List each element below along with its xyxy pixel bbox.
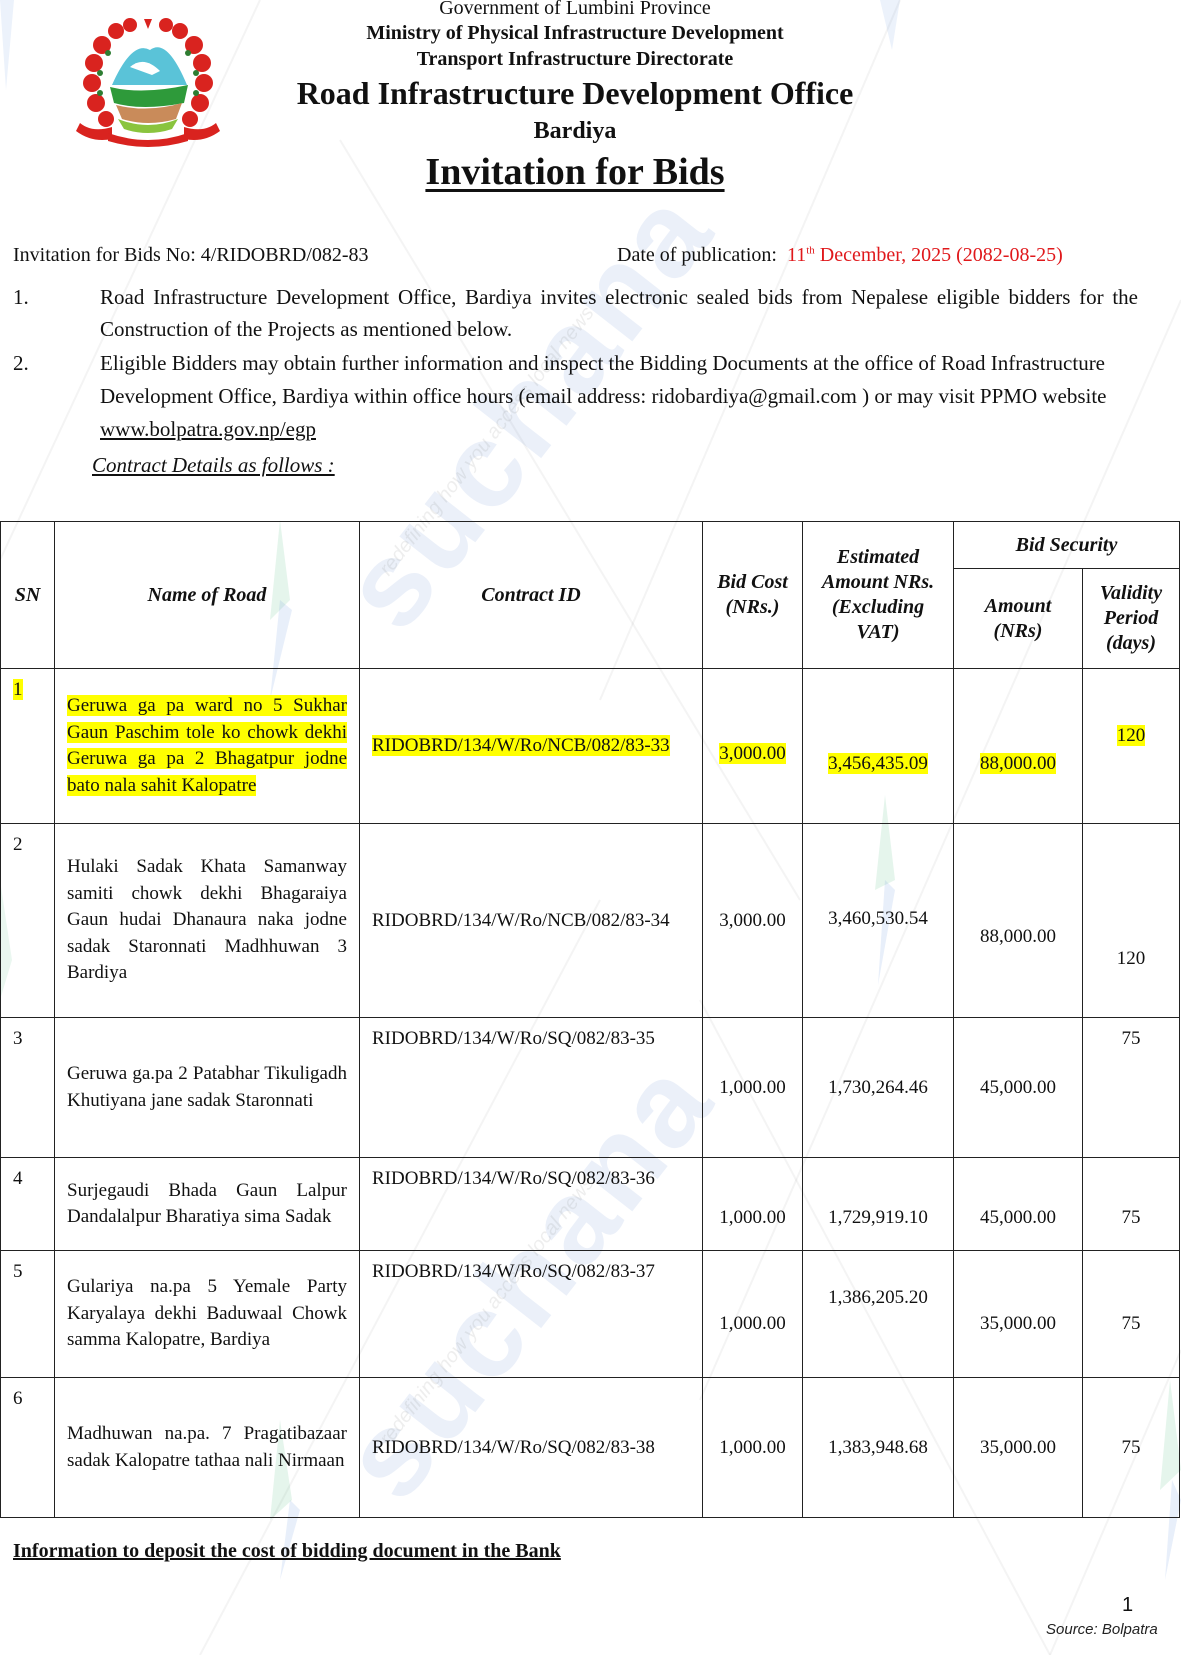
cell-bid-cost: 1,000.00: [703, 1251, 803, 1378]
contract-details-heading: Contract Details as follows :: [92, 453, 335, 478]
header-security-amount: Amount (NRs): [954, 569, 1083, 669]
government-name: Government of Lumbini Province: [0, 0, 1150, 20]
cell-security-amount-text: 45,000.00: [980, 1077, 1056, 1098]
office-name: Road Infrastructure Development Office: [0, 75, 1150, 112]
table-row: 2Hulaki Sadak Khata Samanway samiti chow…: [1, 824, 1180, 1018]
header-bid-cost: Bid Cost (NRs.): [703, 522, 803, 669]
cell-estimated-amount: 1,730,264.46: [803, 1018, 954, 1158]
header-contract-id: Contract ID: [360, 522, 703, 669]
date-day: 11: [787, 244, 806, 266]
table-row: 5Gulariya na.pa 5 Yemale Party Karyalaya…: [1, 1251, 1180, 1378]
cell-bid-cost-text: 3,000.00: [719, 910, 786, 931]
cell-security-amount: 45,000.00: [954, 1018, 1083, 1158]
cell-contract-id: RIDOBRD/134/W/Ro/SQ/082/83-35: [360, 1018, 703, 1158]
cell-contract-id: RIDOBRD/134/W/Ro/SQ/082/83-38: [360, 1378, 703, 1518]
source-credit: Source: Bolpatra: [1046, 1621, 1158, 1638]
cell-contract-id: RIDOBRD/134/W/Ro/NCB/082/83-33: [360, 669, 703, 824]
cell-security-amount: 88,000.00: [954, 824, 1083, 1018]
cell-contract-id: RIDOBRD/134/W/Ro/NCB/082/83-34: [360, 824, 703, 1018]
cell-contract-id: RIDOBRD/134/W/Ro/SQ/082/83-37: [360, 1251, 703, 1378]
cell-contract-id-text: RIDOBRD/134/W/Ro/SQ/082/83-35: [372, 1028, 655, 1049]
cell-road-name: Geruwa ga.pa 2 Patabhar Tikuligadh Khuti…: [55, 1018, 360, 1158]
table-row: 3Geruwa ga.pa 2 Patabhar Tikuligadh Khut…: [1, 1018, 1180, 1158]
cell-estimated-amount: 3,456,435.09: [803, 669, 954, 824]
cell-security-amount-text: 88,000.00: [980, 926, 1056, 947]
cell-sn-text: 6: [13, 1388, 23, 1409]
cell-estimated-amount: 1,383,948.68: [803, 1378, 954, 1518]
cell-road-name-text: Surjegaudi Bhada Gaun Lalpur Dandalalpur…: [67, 1180, 347, 1228]
cell-validity-days: 120: [1083, 669, 1180, 824]
cell-contract-id-text: RIDOBRD/134/W/Ro/NCB/082/83-34: [372, 910, 670, 931]
cell-road-name: Surjegaudi Bhada Gaun Lalpur Dandalalpur…: [55, 1158, 360, 1251]
table-row: 1Geruwa ga pa ward no 5 Sukhar Gaun Pasc…: [1, 669, 1180, 824]
cell-security-amount-text: 35,000.00: [980, 1313, 1056, 1334]
cell-road-name-text: Madhuwan na.pa. 7 Pragatibazaar sadak Ka…: [67, 1423, 347, 1471]
paragraph-text: Road Infrastructure Development Office, …: [100, 281, 1138, 345]
paragraph-2: 2. Eligible Bidders may obtain further i…: [13, 347, 1138, 446]
cell-validity-days: 120: [1083, 824, 1180, 1018]
cell-bid-cost: 3,000.00: [703, 669, 803, 824]
cell-estimated-amount-text: 3,460,530.54: [828, 908, 928, 929]
cell-sn: 1: [1, 669, 55, 824]
cell-contract-id-text: RIDOBRD/134/W/Ro/SQ/082/83-38: [372, 1437, 655, 1458]
table-row: 4Surjegaudi Bhada Gaun Lalpur Dandalalpu…: [1, 1158, 1180, 1251]
header-name-of-road: Name of Road: [55, 522, 360, 669]
cell-validity-days-text: 75: [1122, 1313, 1141, 1334]
contract-table: SN Name of Road Contract ID Bid Cost (NR…: [0, 521, 1180, 1518]
cell-road-name: Geruwa ga pa ward no 5 Sukhar Gaun Pasch…: [55, 669, 360, 824]
cell-validity-days-text: 75: [1122, 1207, 1141, 1228]
cell-estimated-amount-text: 1,729,919.10: [828, 1207, 928, 1228]
cell-validity-days: 75: [1083, 1378, 1180, 1518]
cell-road-name: Madhuwan na.pa. 7 Pragatibazaar sadak Ka…: [55, 1378, 360, 1518]
cell-bid-cost-text: 1,000.00: [719, 1437, 786, 1458]
cell-validity-days-text: 75: [1122, 1437, 1141, 1458]
paragraph-number: 1.: [13, 281, 29, 313]
date-label: Date of publication:: [617, 244, 777, 266]
date-suffix: th: [806, 244, 815, 256]
header-bid-security: Bid Security: [954, 522, 1180, 569]
cell-sn-text: 5: [13, 1261, 23, 1282]
cell-road-name: Hulaki Sadak Khata Samanway samiti chowk…: [55, 824, 360, 1018]
paragraph-1: 1. Road Infrastructure Development Offic…: [13, 281, 1138, 345]
cell-security-amount: 45,000.00: [954, 1158, 1083, 1251]
cell-road-name-text: Geruwa ga.pa 2 Patabhar Tikuligadh Khuti…: [67, 1063, 347, 1111]
cell-bid-cost-text: 1,000.00: [719, 1207, 786, 1228]
cell-sn: 4: [1, 1158, 55, 1251]
cell-validity-days-text: 120: [1117, 948, 1146, 969]
cell-security-amount-text: 88,000.00: [980, 753, 1056, 774]
cell-validity-days: 75: [1083, 1158, 1180, 1251]
cell-contract-id-text: RIDOBRD/134/W/Ro/SQ/082/83-36: [372, 1168, 655, 1189]
cell-sn-text: 2: [13, 834, 23, 855]
header-estimated-amount: Estimated Amount NRs. (Excluding VAT): [803, 522, 954, 669]
paragraph-text-body: Eligible Bidders may obtain further info…: [100, 351, 1107, 408]
header-validity-period: Validity Period (days): [1083, 569, 1180, 669]
cell-security-amount-text: 45,000.00: [980, 1207, 1056, 1228]
cell-sn-text: 1: [13, 679, 23, 700]
cell-sn-text: 4: [13, 1168, 23, 1189]
cell-contract-id-text: RIDOBRD/134/W/Ro/NCB/082/83-33: [372, 735, 670, 756]
page-number: 1: [1122, 1594, 1133, 1617]
table-row: 6Madhuwan na.pa. 7 Pragatibazaar sadak K…: [1, 1378, 1180, 1518]
cell-bid-cost-text: 1,000.00: [719, 1077, 786, 1098]
cell-security-amount: 35,000.00: [954, 1378, 1083, 1518]
cell-bid-cost-text: 3,000.00: [719, 743, 786, 764]
cell-bid-cost: 1,000.00: [703, 1158, 803, 1251]
header-sn: SN: [1, 522, 55, 669]
cell-validity-days: 75: [1083, 1018, 1180, 1158]
cell-sn: 6: [1, 1378, 55, 1518]
cell-estimated-amount: 1,729,919.10: [803, 1158, 954, 1251]
bank-info-heading: Information to deposit the cost of biddi…: [13, 1540, 561, 1563]
cell-estimated-amount-text: 1,386,205.20: [828, 1287, 928, 1308]
cell-estimated-amount-text: 1,383,948.68: [828, 1437, 928, 1458]
cell-sn: 3: [1, 1018, 55, 1158]
directorate-name: Transport Infrastructure Directorate: [0, 48, 1150, 71]
cell-validity-days-text: 75: [1122, 1028, 1141, 1049]
page-title: Invitation for Bids: [0, 150, 1150, 194]
cell-road-name: Gulariya na.pa 5 Yemale Party Karyalaya …: [55, 1251, 360, 1378]
cell-security-amount-text: 35,000.00: [980, 1437, 1056, 1458]
cell-validity-days-text: 120: [1117, 725, 1146, 746]
date-rest: December, 2025 (2082-08-25): [815, 244, 1063, 266]
cell-estimated-amount-text: 3,456,435.09: [828, 753, 928, 774]
cell-security-amount: 88,000.00: [954, 669, 1083, 824]
cell-bid-cost: 1,000.00: [703, 1018, 803, 1158]
cell-bid-cost: 3,000.00: [703, 824, 803, 1018]
publication-date: Date of publication: 11th December, 2025…: [617, 244, 1063, 267]
cell-contract-id: RIDOBRD/134/W/Ro/SQ/082/83-36: [360, 1158, 703, 1251]
cell-validity-days: 75: [1083, 1251, 1180, 1378]
cell-sn: 5: [1, 1251, 55, 1378]
date-value: 11th December, 2025 (2082-08-25): [787, 244, 1063, 266]
cell-road-name-text: Gulariya na.pa 5 Yemale Party Karyalaya …: [67, 1276, 347, 1350]
cell-road-name-text: Hulaki Sadak Khata Samanway samiti chowk…: [67, 856, 347, 983]
cell-road-name-text: Geruwa ga pa ward no 5 Sukhar Gaun Pasch…: [67, 695, 347, 796]
cell-estimated-amount: 3,460,530.54: [803, 824, 954, 1018]
ppmo-website-link[interactable]: www.bolpatra.gov.np/egp: [100, 417, 316, 441]
district-name: Bardiya: [0, 118, 1150, 145]
ministry-name: Ministry of Physical Infrastructure Deve…: [0, 22, 1150, 45]
ifb-number: Invitation for Bids No: 4/RIDOBRD/082-83: [13, 244, 369, 267]
cell-contract-id-text: RIDOBRD/134/W/Ro/SQ/082/83-37: [372, 1261, 655, 1282]
cell-security-amount: 35,000.00: [954, 1251, 1083, 1378]
cell-sn: 2: [1, 824, 55, 1018]
cell-sn-text: 3: [13, 1028, 23, 1049]
cell-estimated-amount-text: 1,730,264.46: [828, 1077, 928, 1098]
cell-bid-cost-text: 1,000.00: [719, 1313, 786, 1334]
paragraph-number: 2.: [13, 347, 29, 380]
cell-estimated-amount: 1,386,205.20: [803, 1251, 954, 1378]
paragraph-text: Eligible Bidders may obtain further info…: [100, 347, 1138, 446]
cell-bid-cost: 1,000.00: [703, 1378, 803, 1518]
